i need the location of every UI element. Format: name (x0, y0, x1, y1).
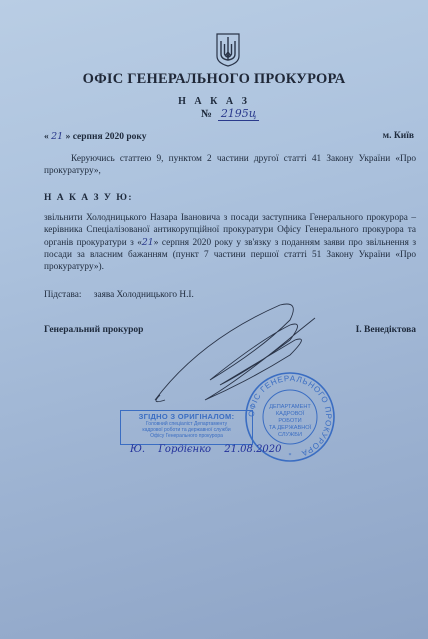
order-body-paragraph: звільнити Холодницького Назара Івановича… (44, 212, 416, 273)
office-title: ОФІС ГЕНЕРАЛЬНОГО ПРОКУРОРА (0, 71, 428, 88)
signer-title: Генеральний прокурор (44, 325, 143, 335)
order-number-handwritten: 2195ц (218, 107, 260, 121)
signer-name: І. Венедіктова (356, 325, 416, 335)
number-sign: № (201, 108, 212, 120)
body-day-handwritten: 21 (142, 237, 154, 248)
basis-value: заява Холодницького Н.І. (94, 290, 194, 300)
order-date: « 21 » серпня 2020 року (44, 131, 147, 142)
certifier-surname: Гордієнко (158, 444, 211, 455)
preamble-paragraph: Керуючись статтею 9, пунктом 2 частини д… (44, 153, 416, 178)
date-day-handwritten: 21 (51, 131, 63, 142)
orders-heading: Н А К А З У Ю: (44, 193, 133, 203)
document-page: ОФІС ГЕНЕРАЛЬНОГО ПРОКУРОРА Н А К А З № … (0, 0, 428, 639)
seal-inner-text: ДЕПАРТАМЕНТ КАДРОВОЇ РОБОТИ ТА ДЕРЖАВНОЇ… (264, 404, 316, 439)
order-number: № 2195ц (201, 107, 259, 120)
trident-coat-of-arms-icon (215, 32, 241, 68)
basis-label: Підстава: (44, 290, 81, 300)
certification-handwriting: Ю. Гордієнко 21.08.2020 (130, 444, 292, 455)
order-heading: Н А К А З (0, 96, 428, 107)
basis-line: Підстава: заява Холодницького Н.І. (44, 290, 194, 300)
certified-copy-stamp: ЗГІДНО З ОРИГІНАЛОМ: Головний спеціаліст… (120, 410, 253, 445)
certification-date: 21.08.2020 (224, 444, 281, 455)
certifier-initials: Ю. (130, 444, 145, 455)
city: м. Київ (383, 131, 414, 141)
